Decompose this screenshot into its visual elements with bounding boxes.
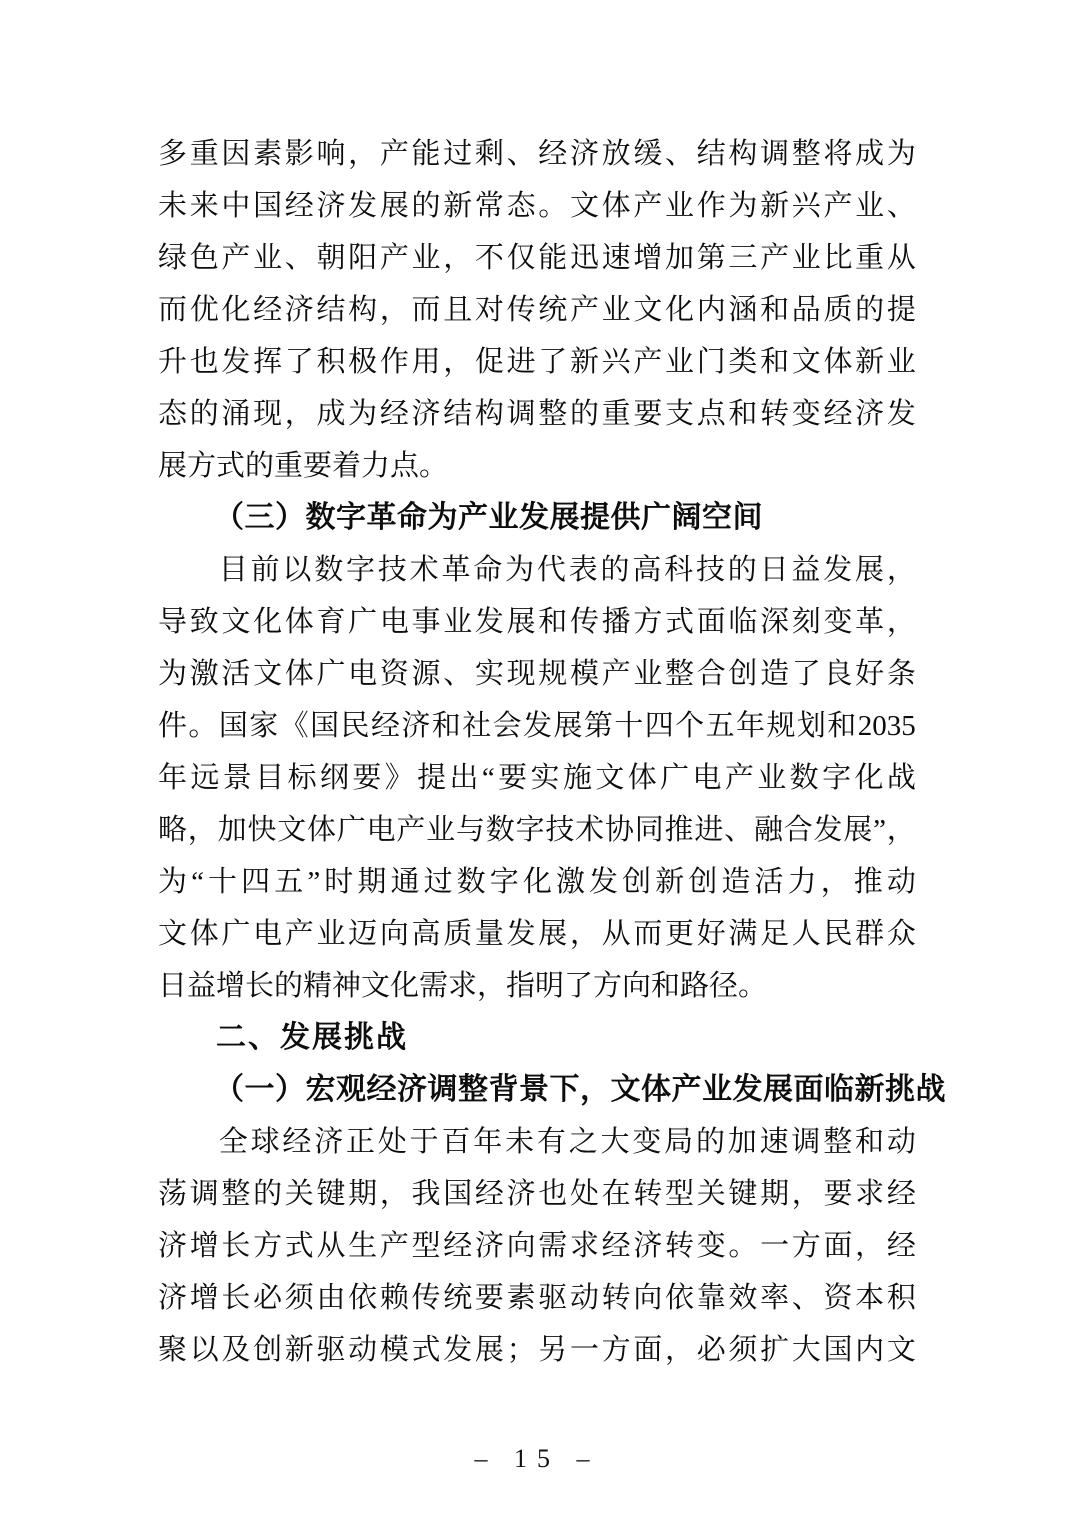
text-line: 展方式的重要着力点。 <box>158 440 916 492</box>
text-line: 为激活文体广电资源、实现规模产业整合创造了良好条 <box>158 648 916 700</box>
text-line: 件。国家《国民经济和社会发展第十四个五年规划和2035 <box>158 700 916 752</box>
text-line: 年远景目标纲要》提出“要实施文体广电产业数字化战 <box>158 752 916 804</box>
text-line: 多重因素影响，产能过剩、经济放缓、结构调整将成为 <box>158 128 916 180</box>
text-line: 济增长方式从生产型经济向需求经济转变。一方面，经 <box>158 1220 916 1272</box>
text-line: 为“十四五”时期通过数字化激发创新创造活力，推动 <box>158 856 916 908</box>
text-line: 而优化经济结构，而且对传统产业文化内涵和品质的提 <box>158 284 916 336</box>
heading-line: 二、发展挑战 <box>158 1012 916 1064</box>
text-line: 绿色产业、朝阳产业，不仅能迅速增加第三产业比重从 <box>158 232 916 284</box>
text-line: 济增长必须由依赖传统要素驱动转向依靠效率、资本积 <box>158 1272 916 1324</box>
heading-line: （一）宏观经济调整背景下，文体产业发展面临新挑战 <box>158 1064 916 1116</box>
text-line: 未来中国经济发展的新常态。文体产业作为新兴产业、 <box>158 180 916 232</box>
text-line: 态的涌现，成为经济结构调整的重要支点和转变经济发 <box>158 388 916 440</box>
text-line: 文体广电产业迈向高质量发展，从而更好满足人民群众 <box>158 908 916 960</box>
text-line: 略，加快文体广电产业与数字技术协同推进、融合发展”， <box>158 804 916 856</box>
text-line: 聚以及创新驱动模式发展；另一方面，必须扩大国内文 <box>158 1324 916 1376</box>
heading-line: （三）数字革命为产业发展提供广阔空间 <box>158 492 916 544</box>
text-line: 日益增长的精神文化需求，指明了方向和路径。 <box>158 960 916 1012</box>
text-block: 多重因素影响，产能过剩、经济放缓、结构调整将成为未来中国经济发展的新常态。文体产… <box>158 128 916 1376</box>
page-footer: – 15 – <box>0 1444 1074 1474</box>
text-line: 荡调整的关键期，我国经济也处在转型关键期，要求经 <box>158 1168 916 1220</box>
document-page: 多重因素影响，产能过剩、经济放缓、结构调整将成为未来中国经济发展的新常态。文体产… <box>0 0 1074 1520</box>
text-line: 目前以数字技术革命为代表的高科技的日益发展， <box>158 544 916 596</box>
text-line: 导致文化体育广电事业发展和传播方式面临深刻变革， <box>158 596 916 648</box>
text-line: 全球经济正处于百年未有之大变局的加速调整和动 <box>158 1116 916 1168</box>
text-line: 升也发挥了积极作用，促进了新兴产业门类和文体新业 <box>158 336 916 388</box>
page-number: – 15 – <box>475 1444 600 1473</box>
